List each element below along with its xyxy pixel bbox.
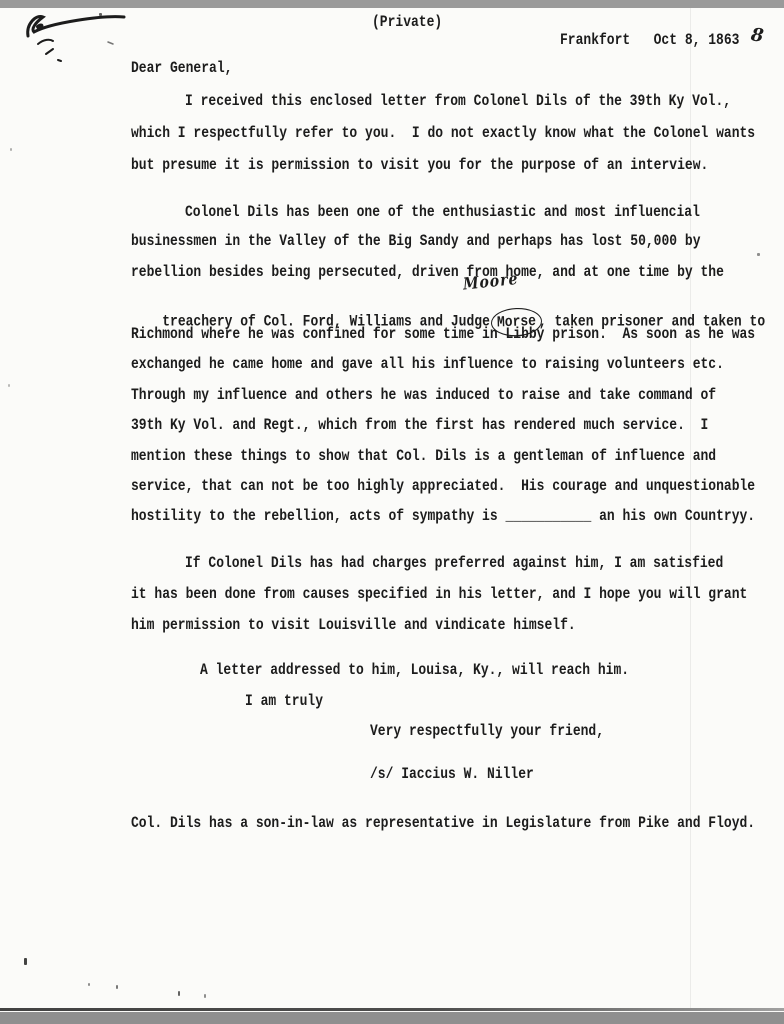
body-line: mention these things to show that Col. D… (131, 447, 716, 465)
scan-speck (204, 994, 206, 998)
scan-bar-bottom (0, 1012, 784, 1024)
body-line: Colonel Dils has been one of the enthusi… (185, 203, 700, 221)
scan-speck (24, 958, 27, 965)
scan-edge-line (0, 1008, 784, 1011)
handwritten-scribble (22, 6, 162, 66)
salutation: Dear General, (131, 59, 232, 77)
body-line: businessmen in the Valley of the Big San… (131, 232, 701, 250)
body-line: it has been done from causes specified i… (131, 585, 747, 603)
scan-speck (116, 985, 118, 989)
signature-line: /s/ Iaccius W. Niller (370, 765, 534, 783)
body-line: him permission to visit Louisville and v… (131, 616, 576, 634)
closing-line: Very respectfully your friend, (370, 722, 604, 740)
body-line: Richmond where he was confined for some … (131, 325, 755, 343)
scan-speck (757, 253, 760, 256)
private-label: (Private) (372, 13, 442, 31)
body-line: service, that can not be too highly appr… (131, 477, 755, 495)
scan-fold-line (690, 8, 691, 1008)
body-line: I received this enclosed letter from Col… (185, 92, 731, 110)
scan-speck (8, 384, 10, 387)
body-line: Through my influence and others he was i… (131, 386, 716, 404)
body-line: but presume it is permission to visit yo… (131, 156, 708, 174)
body-line: 39th Ky Vol. and Regt., which from the f… (131, 416, 708, 434)
body-line: which I respectfully refer to you. I do … (131, 124, 755, 142)
body-line: rebellion besides being persecuted, driv… (131, 263, 724, 281)
body-line: exchanged he came home and gave all his … (131, 355, 724, 373)
body-line: A letter addressed to him, Louisa, Ky., … (200, 661, 629, 679)
handwritten-page-numeral: 8 (750, 24, 765, 46)
scan-speck (10, 148, 12, 151)
dateline: Frankfort Oct 8, 1863 (560, 31, 739, 49)
scan-speck (178, 991, 180, 996)
body-line: If Colonel Dils has had charges preferre… (185, 554, 723, 572)
postscript-line: Col. Dils has a son-in-law as representa… (131, 814, 755, 832)
scan-speck (99, 13, 102, 16)
scanned-letter-page: (Private) Frankfort Oct 8, 1863 8 Dear G… (0, 0, 784, 1024)
scan-speck (88, 983, 90, 986)
body-line: hostility to the rebellion, acts of symp… (131, 507, 755, 525)
closing-line: I am truly (245, 692, 323, 710)
